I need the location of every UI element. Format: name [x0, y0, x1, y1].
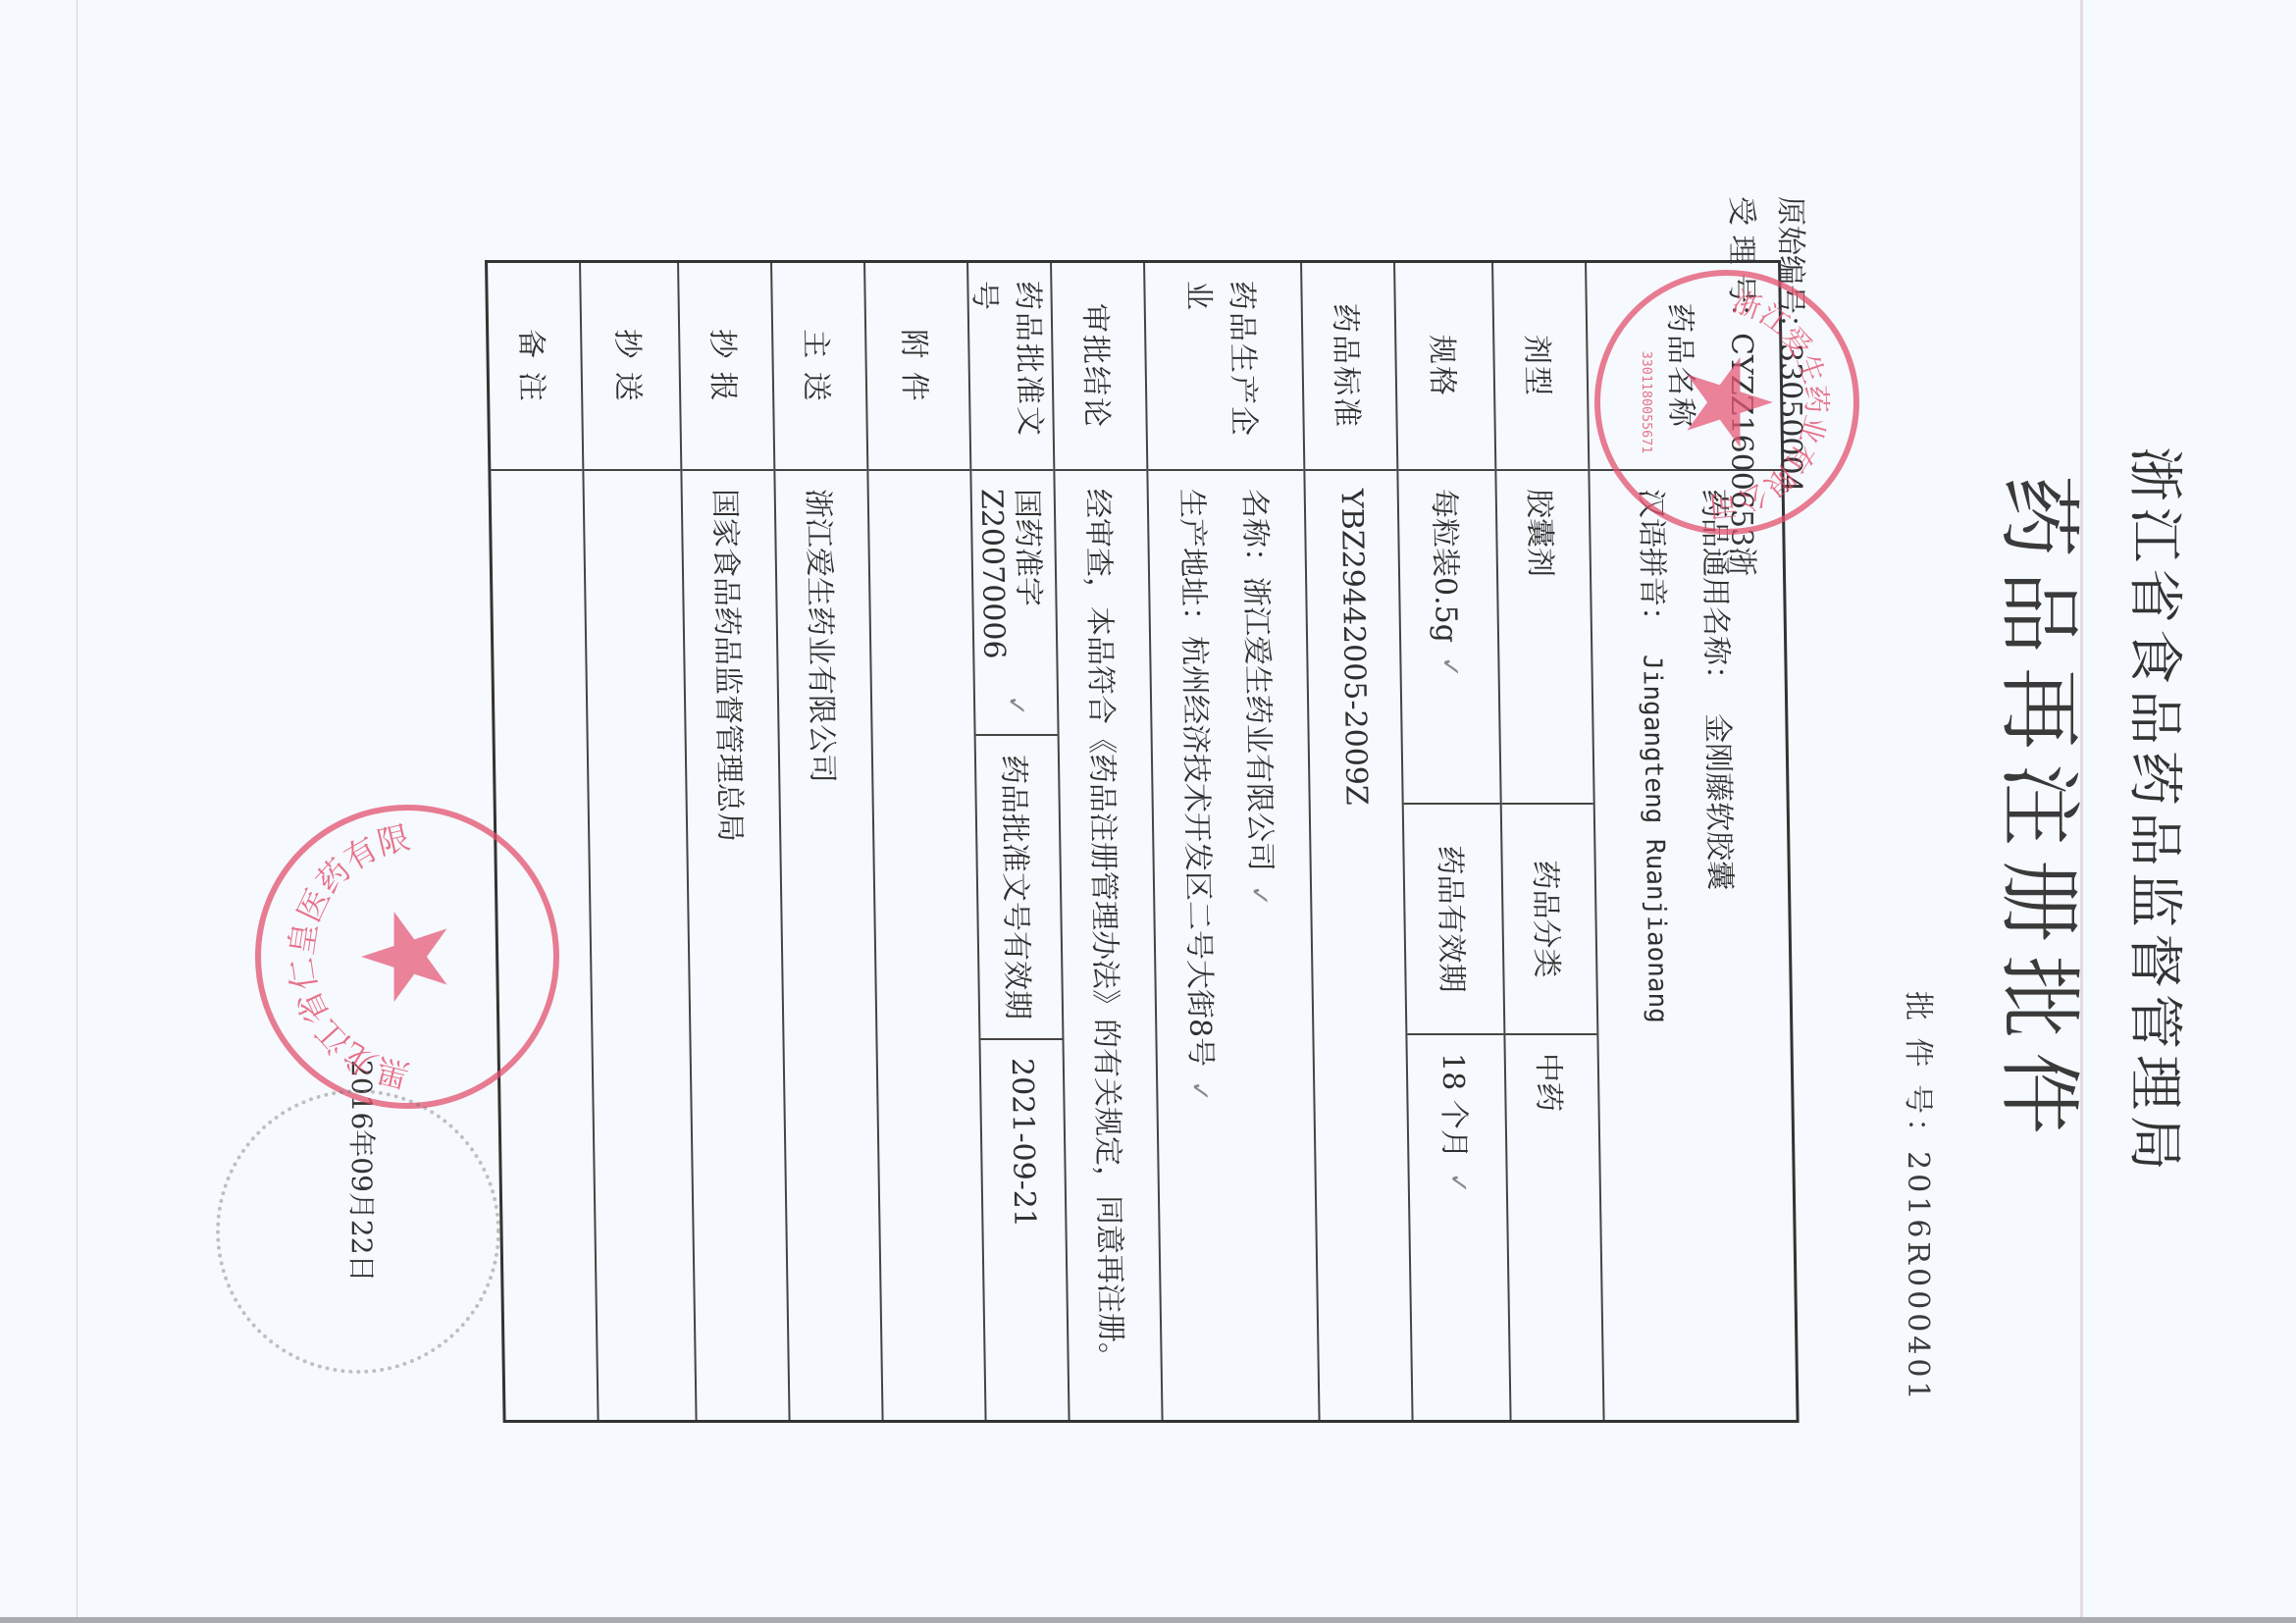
row-copy-to: 抄 送: [581, 263, 698, 1420]
copy-to-label: 抄 送: [581, 263, 680, 469]
manufacturer-label: 药品生产企业: [1145, 263, 1303, 469]
main-recipient-value: 浙江爱生药业有限公司: [775, 469, 881, 1420]
dosage-form-value: 胶囊剂: [1496, 469, 1592, 803]
pinyin-value: Jingangteng Ruanjiaonang: [1638, 654, 1673, 1023]
attachment-label: 附 件: [865, 263, 969, 469]
row-approval-doc: 药品批准文号 国药准字Z20070006✓ 药品批准文号有效期 2021-09-…: [968, 263, 1070, 1420]
company-seal-top: ★ 浙江爱生药业有限公司 3301180055671: [1594, 270, 1859, 535]
seal-text-ring: 浙江爱生药业有限公司 3301180055671: [1600, 276, 1853, 529]
validity-label: 药品有效期: [1404, 803, 1504, 1033]
pinyin-name: 汉语拼音： Jingangteng Ruanjiaonang: [1633, 489, 1685, 1023]
authority-seal-faint: [216, 1089, 500, 1374]
standard-label: 药品标准: [1302, 263, 1396, 469]
manufacturer-address-value: 杭州经济技术开发区二号大街8号: [1176, 636, 1218, 1067]
row-conclusion: 审批结论 经审查，本品符合《药品注册管理办法》的有关规定，同意再注册。: [1052, 263, 1164, 1420]
main-recipient-label: 主 送: [772, 263, 866, 469]
copy-to-value: [584, 469, 695, 1420]
row-specification: 规格 每粒装0.5g✓ 药品有效期 18 个月✓: [1395, 263, 1512, 1420]
document-title: 药品再注册批件: [1986, 0, 2105, 1623]
approval-doc-label: 药品批准文号: [968, 263, 1053, 469]
manufacturer-name: 名称：浙江爱生药业有限公司✓: [1236, 489, 1286, 907]
row-standard: 药品标准 YBZ29442005-2009Z: [1302, 263, 1414, 1420]
manufacturer-name-label: 名称：: [1237, 489, 1273, 577]
standard-value: YBZ29442005-2009Z: [1305, 469, 1411, 1420]
report-to-label: 抄 报: [679, 263, 773, 469]
manufacturer-value: 名称：浙江爱生药业有限公司✓ 生产地址：杭州经济技术开发区二号大街8号✓: [1148, 469, 1318, 1420]
checkmark-icon: ✓: [1435, 656, 1464, 678]
checkmark-icon: ✓: [1244, 885, 1274, 907]
report-to-value: 国家食品药品监督管理总局: [682, 469, 788, 1420]
svg-text:黑龙江省仁皇医药有限公司: 黑龙江省仁皇医药有限公司: [261, 819, 413, 1103]
document-page: 浙江省食品药品监督管理局 药品再注册批件 批 件 号：2016R000401 原…: [0, 0, 2296, 1623]
conclusion-label: 审批结论: [1052, 263, 1146, 469]
specification-label: 规格: [1395, 263, 1494, 469]
svg-text:3301180055671: 3301180055671: [1639, 351, 1653, 454]
company-seal-bottom: ★ 黑龙江省仁皇医药有限公司: [255, 805, 559, 1109]
row-manufacturer: 药品生产企业 名称：浙江爱生药业有限公司✓ 生产地址：杭州经济技术开发区二号大街…: [1145, 263, 1321, 1420]
approval-doc-validity-value: 2021-09-21: [980, 1038, 1068, 1420]
row-dosage-form: 剂型 胶囊剂 药品分类 中药: [1493, 263, 1605, 1420]
dosage-form-label: 剂型: [1493, 263, 1588, 469]
checkmark-icon: ✓: [1001, 695, 1030, 716]
generic-name: 药品通用名称： 金刚藤软胶囊: [1696, 489, 1745, 890]
seal-text-ring: 黑龙江省仁皇医药有限公司: [261, 811, 553, 1103]
svg-text:浙江爱生药业有限公司: 浙江爱生药业有限公司: [1707, 285, 1833, 524]
issuing-organization: 浙江省食品药品监督管理局: [2119, 0, 2198, 1623]
checkmark-icon: ✓: [1184, 1080, 1214, 1102]
manufacturer-address: 生产地址：杭州经济技术开发区二号大街8号✓: [1174, 489, 1226, 1102]
attachment-value: [868, 469, 984, 1420]
drug-name-value: 药品通用名称： 金刚藤软胶囊 汉语拼音： Jingangteng Ruanjia…: [1590, 469, 1796, 1420]
manufacturer-name-value: 浙江爱生药业有限公司: [1238, 577, 1278, 871]
row-main-recipient: 主 送 浙江爱生药业有限公司: [772, 263, 884, 1420]
approval-number: 批 件 号：2016R000401: [1900, 991, 1943, 1404]
approval-number-label: 批 件 号：: [1901, 991, 1935, 1151]
specification-text: 每粒装0.5g: [1426, 489, 1471, 643]
remarks-label: 备 注: [488, 263, 582, 469]
generic-name-value: 金刚藤软胶囊: [1700, 713, 1738, 890]
category-label: 药品分类: [1502, 803, 1597, 1033]
approval-number-value: 2016R000401: [1901, 1151, 1935, 1403]
validity-value: 18 个月✓: [1407, 1033, 1509, 1420]
manufacturer-address-label: 生产地址：: [1174, 489, 1211, 636]
checkmark-icon: ✓: [1443, 1173, 1473, 1194]
row-attachment: 附 件: [865, 263, 987, 1420]
conclusion-value: 经审查，本品符合《药品注册管理办法》的有关规定，同意再注册。: [1055, 469, 1161, 1420]
row-report-to: 抄 报 国家食品药品监督管理总局: [679, 263, 791, 1420]
approval-doc-validity-label: 药品批准文号有效期: [976, 734, 1063, 1038]
specification-value: 每粒装0.5g✓: [1398, 469, 1499, 803]
approval-doc-value: 国药准字Z20070006✓: [971, 469, 1057, 734]
approval-doc-text: 国药准字Z20070006: [974, 489, 1055, 681]
category-value: 中药: [1505, 1033, 1602, 1420]
validity-text: 18 个月: [1435, 1053, 1480, 1159]
